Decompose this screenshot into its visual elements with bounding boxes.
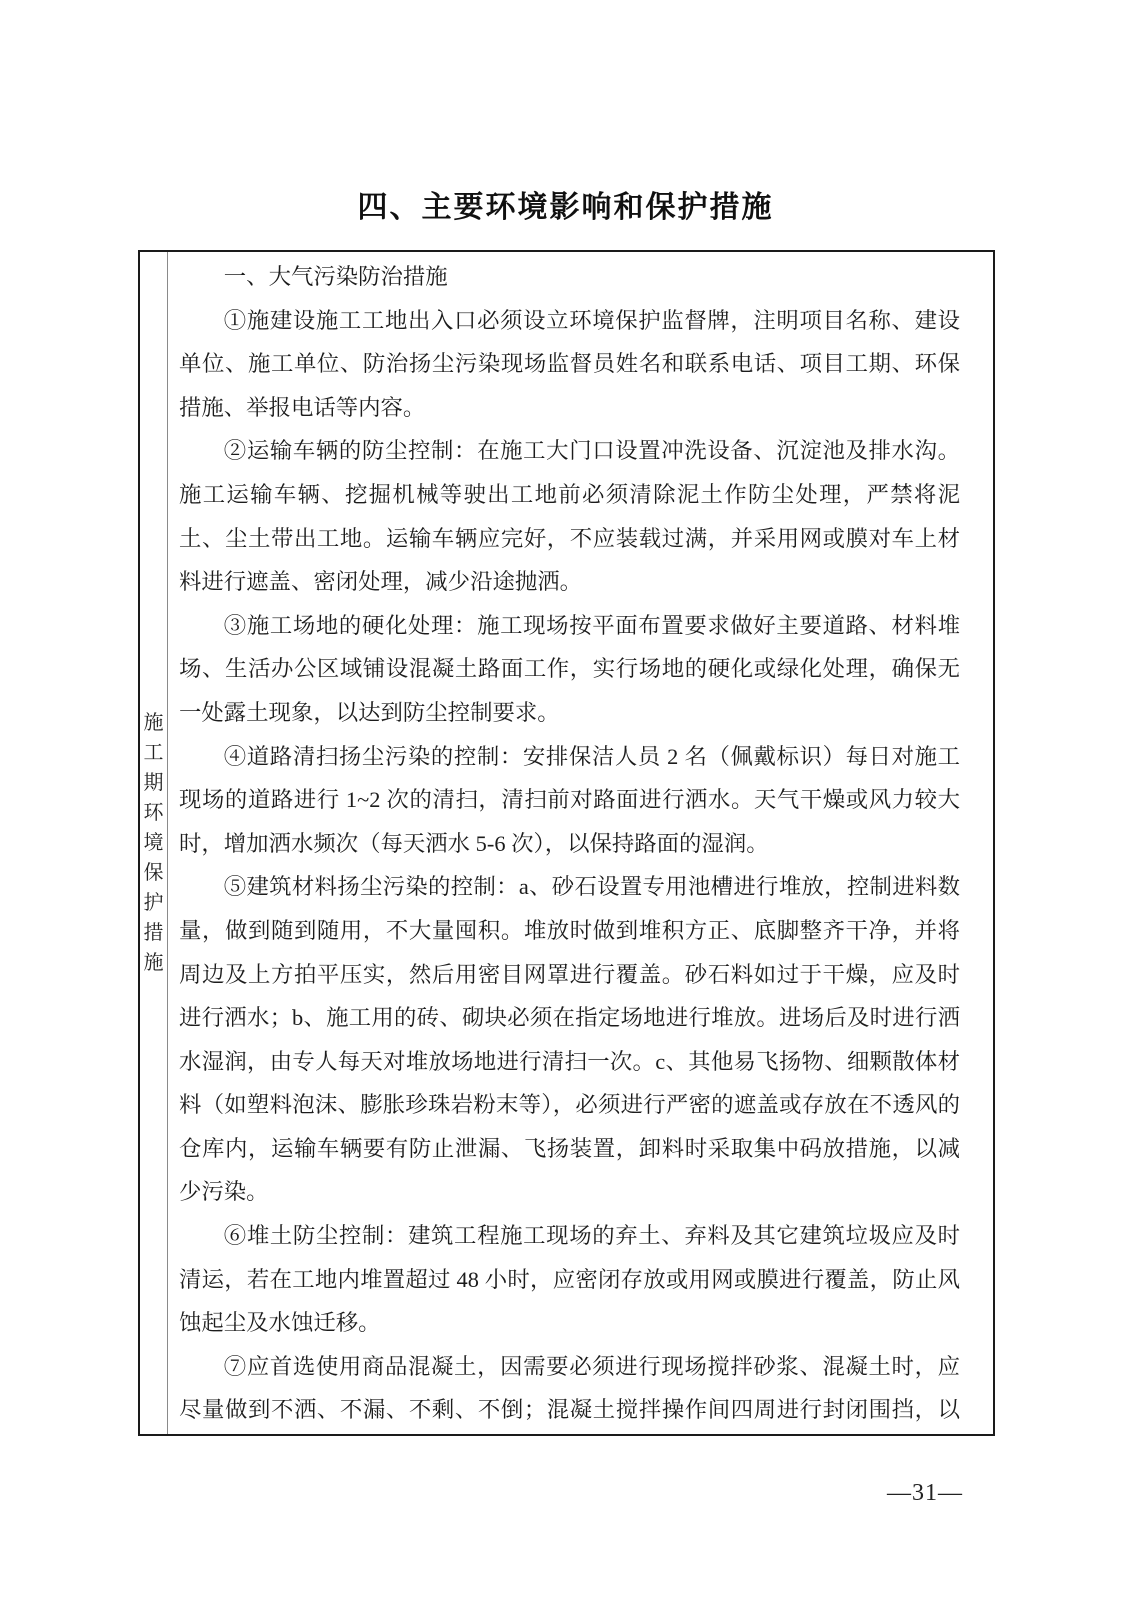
row-header-char: 工 [144, 738, 164, 768]
row-header-char: 措 [144, 918, 164, 948]
page-title: 四、主要环境影响和保护措施 [0, 182, 1131, 226]
row-header-char: 施 [144, 708, 164, 738]
measures-table: 施 工 期 环 境 保 护 措 施 一、大气污染防治措施 ①施建设施工工地出入口… [138, 250, 995, 1436]
row-header-char: 境 [144, 828, 164, 858]
body-paragraph: ①施建设施工工地出入口必须设立环境保护监督牌，注明项目名称、建设单位、施工单位、… [179, 299, 960, 430]
body-paragraph: ⑥堆土防尘控制：建筑工程施工现场的弃土、弃料及其它建筑垃圾应及时清运，若在工地内… [179, 1214, 960, 1345]
row-header-char: 施 [144, 948, 164, 978]
body-paragraph: ④道路清扫扬尘污染的控制：安排保洁人员 2 名（佩戴标识）每日对施工现场的道路进… [179, 735, 960, 866]
row-header-char: 期 [144, 768, 164, 798]
document-page: 四、主要环境影响和保护措施 施 工 期 环 境 保 护 措 施 一、大气污染防治… [0, 0, 1131, 1600]
row-header-char: 环 [144, 798, 164, 828]
section-heading: 一、大气污染防治措施 [179, 255, 960, 299]
body-paragraph: ⑦应首选使用商品混凝土，因需要必须进行现场搅拌砂浆、混凝土时，应尽量做到不洒、不… [179, 1345, 960, 1434]
body-paragraph: ③施工场地的硬化处理：施工现场按平面布置要求做好主要道路、材料堆场、生活办公区域… [179, 604, 960, 735]
table-content-cell: 一、大气污染防治措施 ①施建设施工工地出入口必须设立环境保护监督牌，注明项目名称… [168, 252, 993, 1434]
row-header-char: 保 [144, 858, 164, 888]
body-paragraph: ②运输车辆的防尘控制：在施工大门口设置冲洗设备、沉淀池及排水沟。施工运输车辆、挖… [179, 429, 960, 603]
body-paragraph: ⑤建筑材料扬尘污染的控制：a、砂石设置专用池槽进行堆放，控制进料数量，做到随到随… [179, 865, 960, 1214]
table-row-header: 施 工 期 环 境 保 护 措 施 [140, 252, 168, 1434]
row-header-char: 护 [144, 888, 164, 918]
page-number: —31— [887, 1480, 963, 1507]
